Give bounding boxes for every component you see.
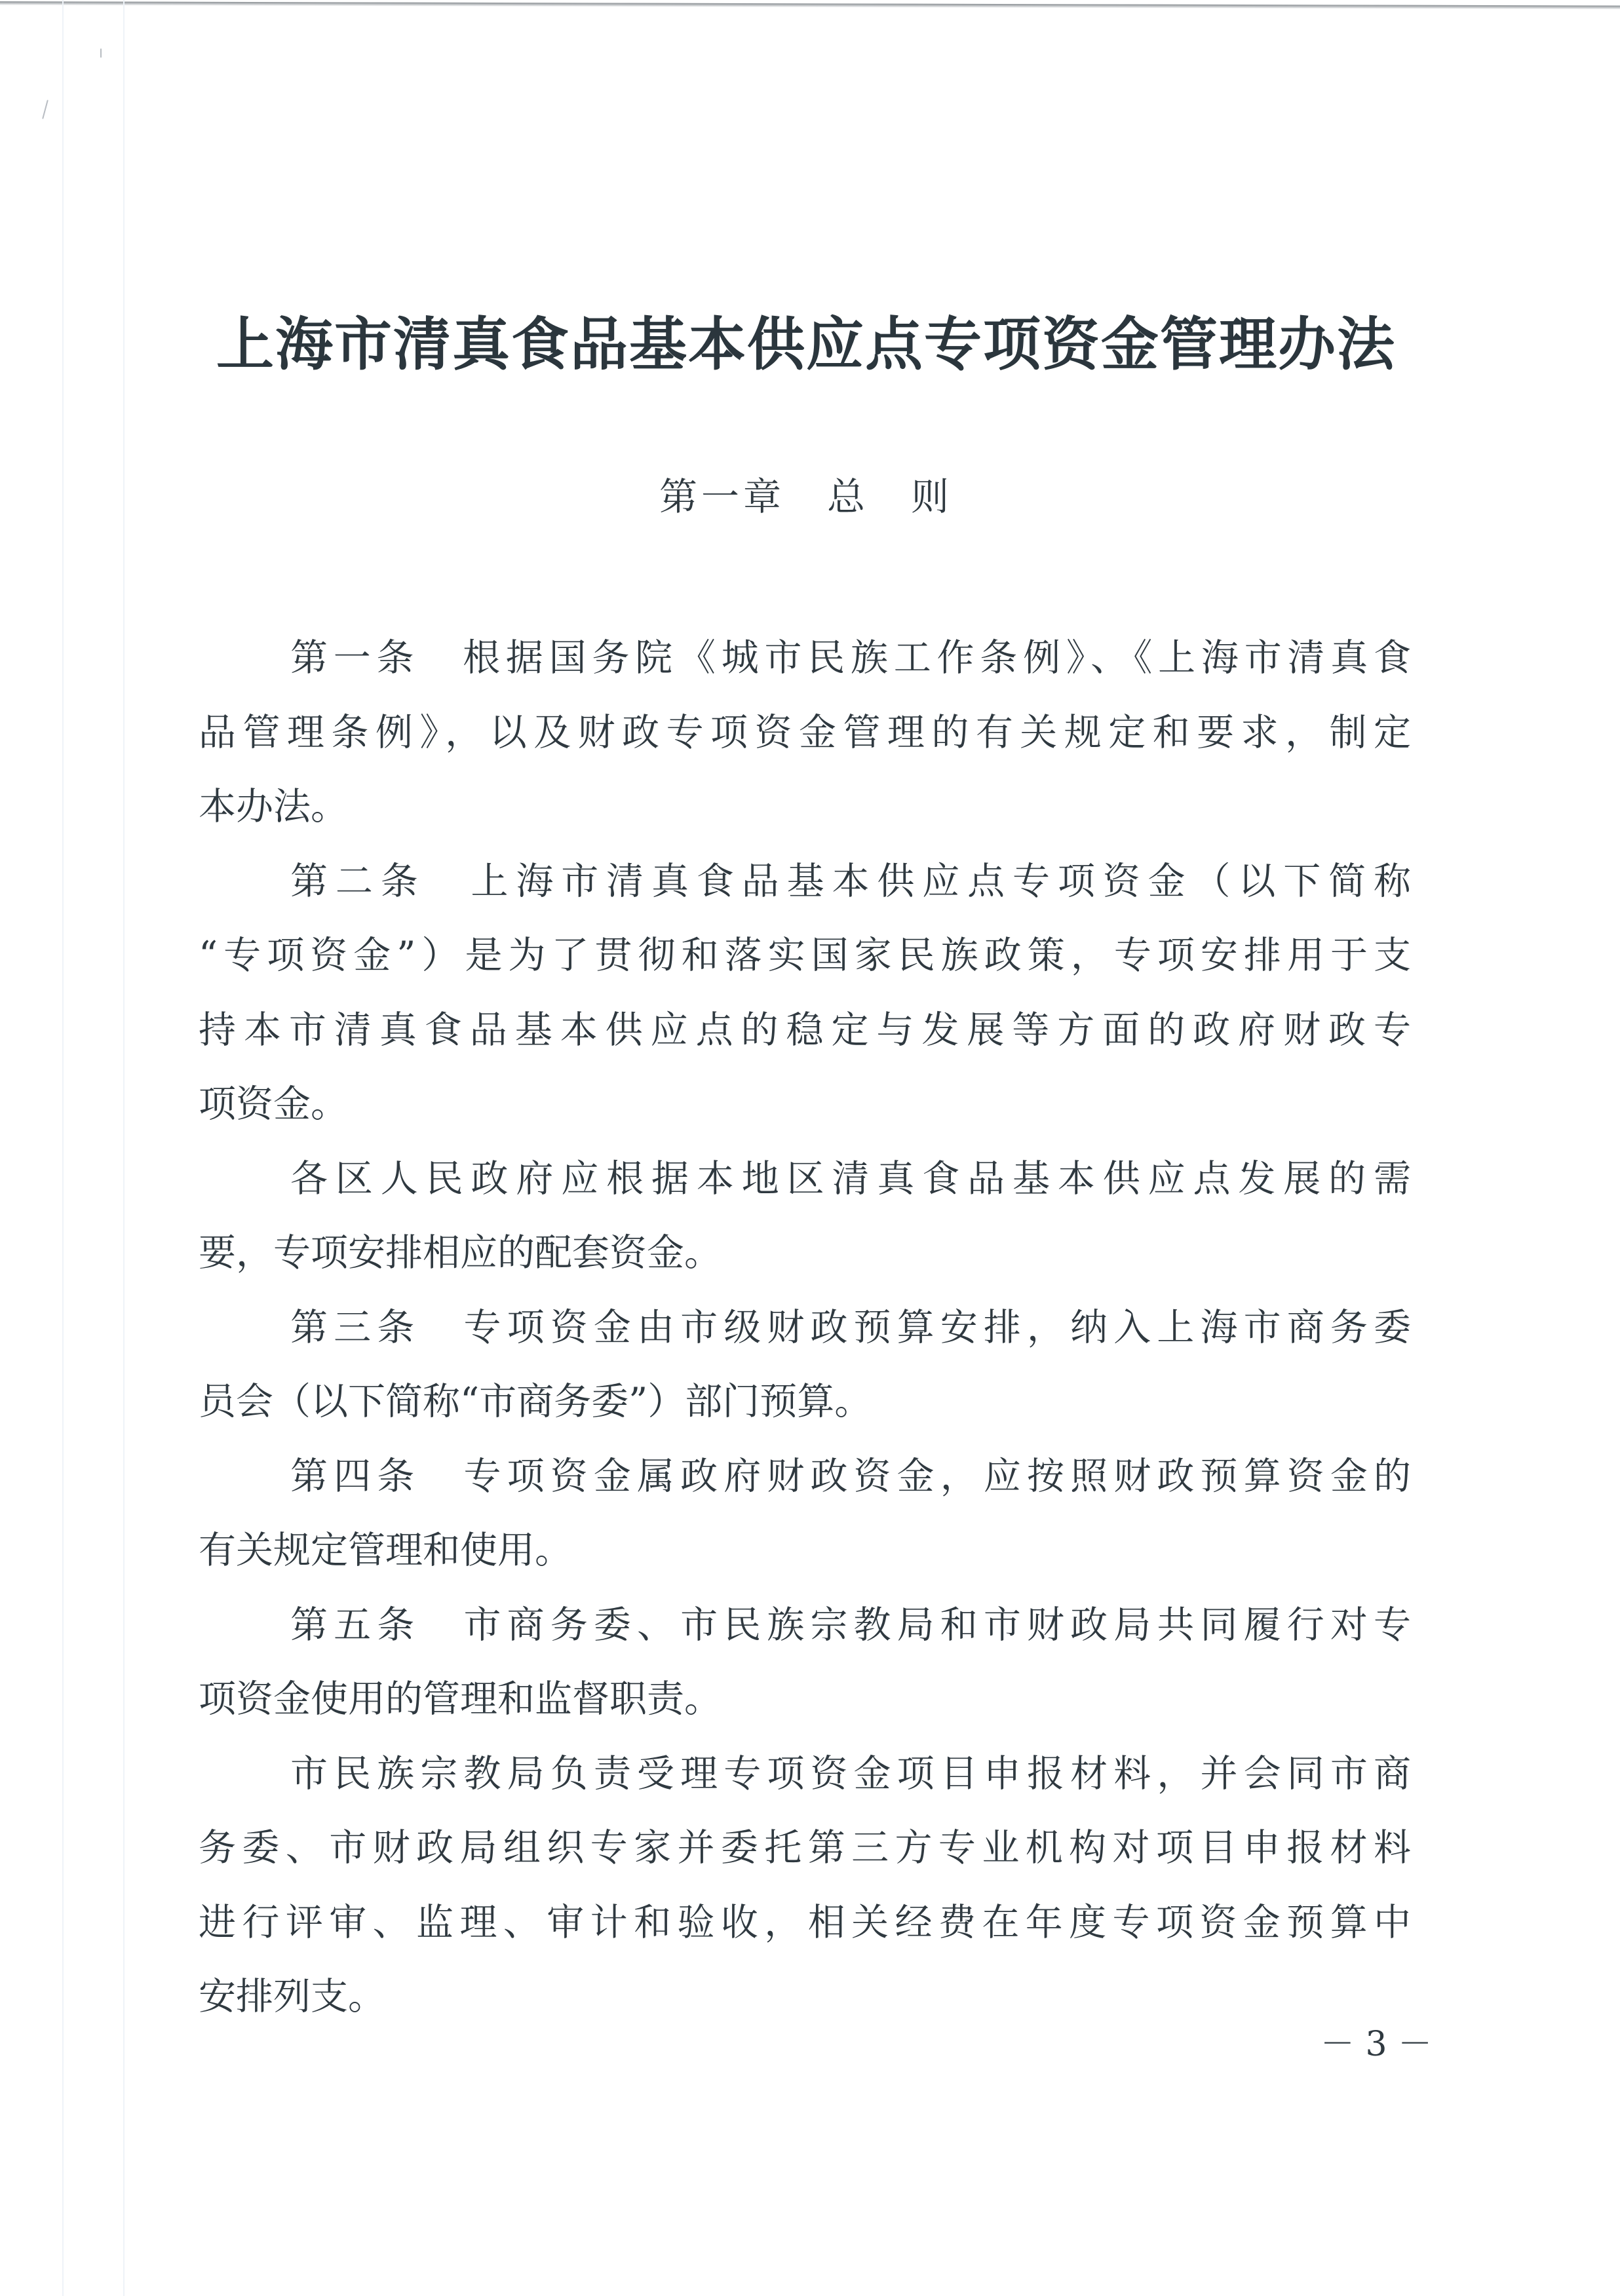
body-line: 项资金使用的管理和监督职责。 — [199, 1662, 1411, 1737]
body-line: 安排列支。 — [199, 1960, 1411, 2035]
body-line: 第三条 专项资金由市级财政预算安排，纳入上海市商务委 — [199, 1291, 1411, 1366]
scan-artifact-line — [123, 0, 125, 2296]
document-title: 上海市清真食品基本供应点专项资金管理办法 — [197, 308, 1416, 380]
body-line: 持本市清真食品基本供应点的稳定与发展等方面的政府财政专 — [199, 993, 1411, 1068]
body-line: 品管理条例》，以及财政专项资金管理的有关规定和要求，制定 — [199, 696, 1411, 771]
body-line: 员会（以下简称“市商务委”）部门预算。 — [199, 1365, 1411, 1440]
scan-speck — [42, 100, 48, 119]
body-line: 市民族宗教局负责受理专项资金项目申报材料，并会同市商 — [199, 1737, 1411, 1812]
body-line: 要，专项安排相应的配套资金。 — [199, 1216, 1411, 1291]
body-line: 进行评审、监理、审计和验收，相关经费在年度专项资金预算中 — [199, 1886, 1411, 1961]
body-line: 项资金。 — [199, 1067, 1411, 1142]
body-line: 第二条 上海市清真食品基本供应点专项资金（以下简称 — [199, 845, 1411, 919]
body-line: 第四条 专项资金属政府财政资金，应按照财政预算资金的 — [199, 1440, 1411, 1514]
body-line: 本办法。 — [199, 770, 1411, 845]
page-number: － 3 － — [1311, 2018, 1442, 2071]
scan-top-edge-line — [0, 1, 1620, 9]
body-line: 第一条 根据国务院《城市民族工作条例》、《上海市清真食 — [199, 621, 1411, 696]
document-body: 第一条 根据国务院《城市民族工作条例》、《上海市清真食品管理条例》，以及财政专项… — [199, 621, 1411, 2035]
scanned-page: 上海市清真食品基本供应点专项资金管理办法 第一章 总 则 第一条 根据国务院《城… — [0, 0, 1620, 2296]
body-line: 第五条 市商务委、市民族宗教局和市财政局共同履行对专 — [199, 1588, 1411, 1663]
scan-artifact-line — [62, 0, 64, 2296]
body-line: 务委、市财政局组织专家并委托第三方专业机构对项目申报材料 — [199, 1811, 1411, 1886]
chapter-heading: 第一章 总 则 — [197, 470, 1416, 523]
body-line: “专项资金”）是为了贯彻和落实国家民族政策，专项安排用于支 — [199, 919, 1411, 993]
body-line: 各区人民政府应根据本地区清真食品基本供应点发展的需 — [199, 1142, 1411, 1217]
body-line: 有关规定管理和使用。 — [199, 1514, 1411, 1588]
scan-speck — [100, 48, 102, 58]
